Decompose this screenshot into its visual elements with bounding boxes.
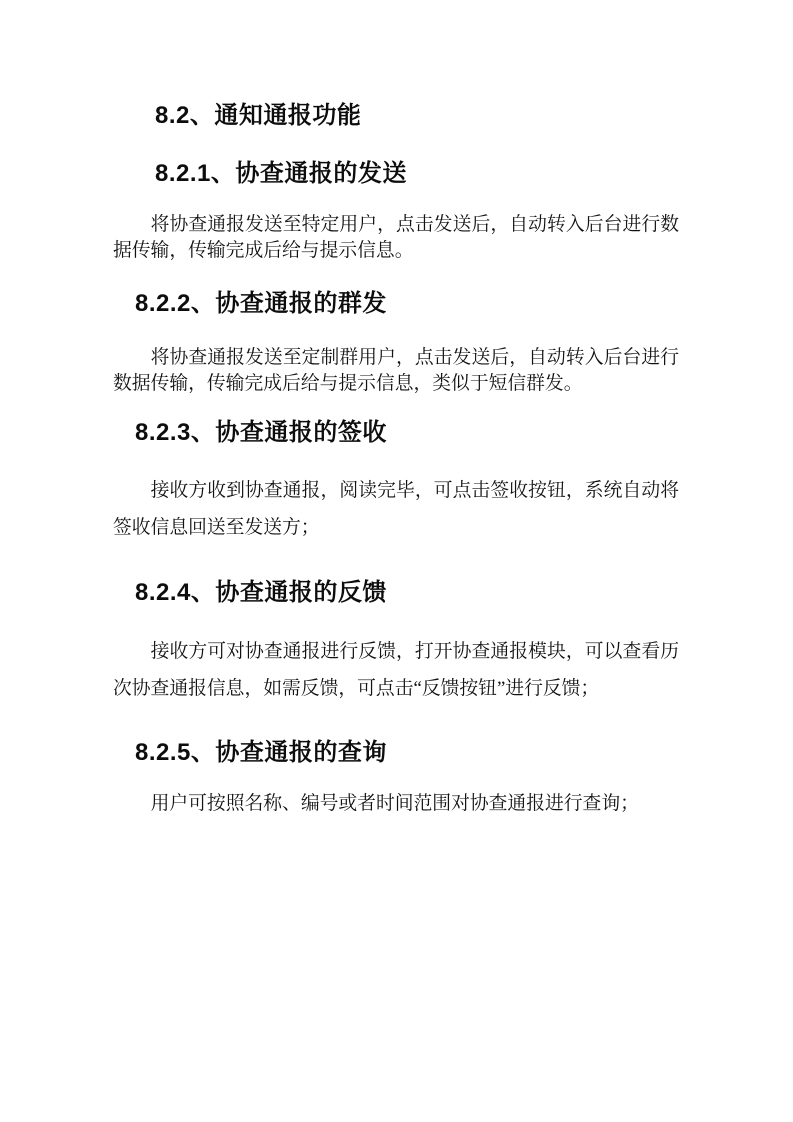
section-heading-8-2-1: 8.2.1、协查通报的发送 [155,160,407,188]
paragraph-8-2-5: 用户可按照名称、编号或者时间范围对协查通报进行查询； [113,791,679,817]
section-heading-8-2-3: 8.2.3、协查通报的签收 [135,419,387,447]
section-heading-8-2: 8.2、通知通报功能 [155,102,361,130]
section-heading-8-2-4: 8.2.4、协查通报的反馈 [135,579,387,607]
section-heading-8-2-5: 8.2.5、协查通报的查询 [135,739,387,767]
paragraph-8-2-3: 接收方收到协查通报，阅读完毕，可点击签收按钮，系统自动将签收信息回送至发送方； [113,472,679,546]
paragraph-8-2-4: 接收方可对协查通报进行反馈，打开协查通报模块，可以查看历次协查通报信息，如需反馈… [113,633,679,707]
document-page: 8.2、通知通报功能 8.2.1、协查通报的发送 将协查通报发送至特定用户，点击… [0,0,793,1122]
paragraph-8-2-1: 将协查通报发送至特定用户，点击发送后，自动转入后台进行数据传输，传输完成后给与提… [113,212,679,264]
paragraph-8-2-2: 将协查通报发送至定制群用户，点击发送后，自动转入后台进行数据传输，传输完成后给与… [113,345,679,397]
section-heading-8-2-2: 8.2.2、协查通报的群发 [135,290,387,318]
